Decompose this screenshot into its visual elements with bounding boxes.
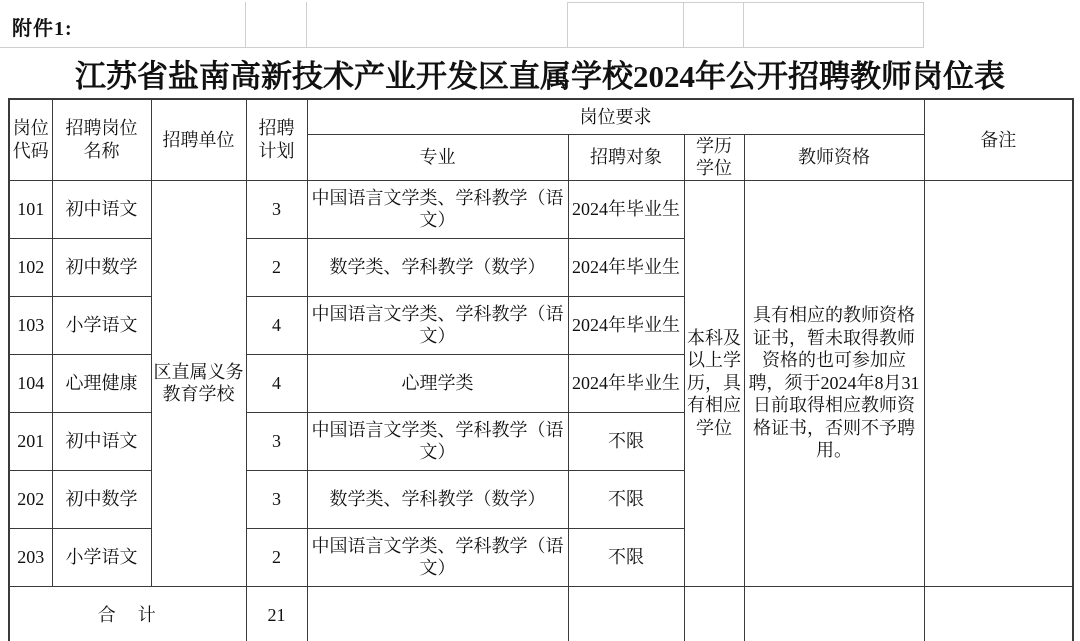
total-plan: 21: [246, 586, 307, 641]
total-remark-empty: [924, 586, 1073, 641]
document-page: 附件1: 江苏省盐南高新技术产业开发区直属学校2024年公开招聘教师岗位表 岗位…: [0, 0, 1080, 641]
row-201-major: 中国语言文学类、学科教学（语文）: [307, 412, 568, 470]
total-degree-empty: [684, 586, 744, 641]
row-104-name: 心理健康: [52, 354, 151, 412]
row-202-plan: 3: [246, 470, 307, 528]
row-202-major: 数学类、学科教学（数学）: [307, 470, 568, 528]
row-102-target: 2024年毕业生: [568, 238, 684, 296]
header-degree: 学历 学位: [684, 134, 744, 180]
grid-line: [923, 2, 924, 48]
row-201-target: 不限: [568, 412, 684, 470]
row-101-major: 中国语言文学类、学科教学（语文）: [307, 180, 568, 238]
total-cert-empty: [744, 586, 924, 641]
row-103-code: 103: [9, 296, 52, 354]
row-104-code: 104: [9, 354, 52, 412]
row-203-target: 不限: [568, 528, 684, 586]
attachment-label: 附件1:: [12, 12, 73, 41]
recruitment-positions-table: 岗位 代码 招聘岗位 名称 招聘单位 招聘 计划 岗位要求 备注 专业 招聘对象…: [8, 98, 1074, 641]
grid-line: [743, 2, 744, 48]
row-201-code: 201: [9, 412, 52, 470]
total-target-empty: [568, 586, 684, 641]
row-202-code: 202: [9, 470, 52, 528]
row-203-major: 中国语言文学类、学科教学（语文）: [307, 528, 568, 586]
row-101-code: 101: [9, 180, 52, 238]
grid-line: [683, 2, 684, 48]
header-major: 专业: [307, 134, 568, 180]
row-103-plan: 4: [246, 296, 307, 354]
row-104-target: 2024年毕业生: [568, 354, 684, 412]
row-201-name: 初中语文: [52, 412, 151, 470]
row-202-name: 初中数学: [52, 470, 151, 528]
merged-teacher-cert: 具有相应的教师资格证书，暂未取得教师资格的也可参加应聘，须于2024年8月31日…: [744, 180, 924, 586]
row-203-plan: 2: [246, 528, 307, 586]
header-recruit-unit: 招聘单位: [151, 99, 246, 180]
row-201-plan: 3: [246, 412, 307, 470]
row-202-target: 不限: [568, 470, 684, 528]
header-post-name: 招聘岗位 名称: [52, 99, 151, 180]
header-post-code: 岗位 代码: [9, 99, 52, 180]
row-104-plan: 4: [246, 354, 307, 412]
grid-line: [245, 2, 246, 48]
header-recruit-plan: 招聘 计划: [246, 99, 307, 180]
row-102-code: 102: [9, 238, 52, 296]
total-row: 合 计 21: [9, 586, 1073, 641]
row-103-target: 2024年毕业生: [568, 296, 684, 354]
merged-degree: 本科及以上学历，具有相应学位: [684, 180, 744, 586]
grid-line: [567, 2, 568, 48]
header-teacher-cert: 教师资格: [744, 134, 924, 180]
table-row: 101 初中语文 区直属义务 教育学校 3 中国语言文学类、学科教学（语文） 2…: [9, 180, 1073, 238]
row-101-target: 2024年毕业生: [568, 180, 684, 238]
title-row: 江苏省盐南高新技术产业开发区直属学校2024年公开招聘教师岗位表: [8, 48, 1072, 98]
row-103-major: 中国语言文学类、学科教学（语文）: [307, 296, 568, 354]
merged-remark: [924, 180, 1073, 586]
row-104-major: 心理学类: [307, 354, 568, 412]
header-remark: 备注: [924, 99, 1073, 180]
row-102-plan: 2: [246, 238, 307, 296]
grid-line: [567, 2, 924, 3]
row-102-name: 初中数学: [52, 238, 151, 296]
top-strip: 附件1:: [0, 0, 1080, 48]
page-title: 江苏省盐南高新技术产业开发区直属学校2024年公开招聘教师岗位表: [75, 51, 1005, 96]
header-target: 招聘对象: [568, 134, 684, 180]
row-101-plan: 3: [246, 180, 307, 238]
row-102-major: 数学类、学科教学（数学）: [307, 238, 568, 296]
total-major-empty: [307, 586, 568, 641]
row-203-code: 203: [9, 528, 52, 586]
row-101-name: 初中语文: [52, 180, 151, 238]
grid-line: [306, 2, 307, 48]
total-label: 合 计: [9, 586, 246, 641]
header-requirements: 岗位要求: [307, 99, 924, 134]
row-203-name: 小学语文: [52, 528, 151, 586]
merged-recruit-unit: 区直属义务 教育学校: [151, 180, 246, 586]
row-103-name: 小学语文: [52, 296, 151, 354]
